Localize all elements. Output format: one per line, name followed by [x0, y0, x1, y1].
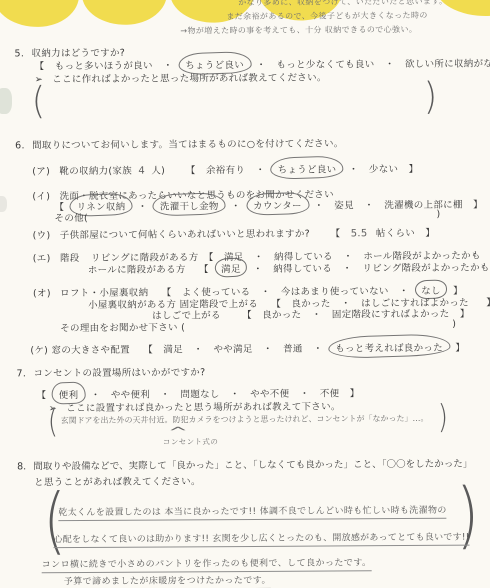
- top-note-line2: まだ余裕があるので、今後子どもが大きくなった時の: [226, 10, 428, 22]
- bracket-open: 【: [186, 165, 196, 176]
- separator-dot: ・: [312, 310, 322, 321]
- bracket-open: 【: [242, 310, 252, 321]
- separator-dot: ・: [385, 59, 395, 70]
- separator-dot: ・: [342, 263, 352, 274]
- bracket-close: 】: [455, 343, 465, 354]
- q7-option-1-circled: 便利: [57, 387, 81, 401]
- q7-title-text: コンセントの設置場所はいかがですか?: [33, 367, 205, 379]
- q8-answer-line1-handwritten: 乾太くんを設置したのは 本当に良かったです!! 体調不良でしんどい時も忙しい時も…: [58, 503, 446, 521]
- q6a-label: (ア): [32, 166, 50, 177]
- q6e-r2-option-3: リビング階段がよかったかも: [362, 263, 489, 275]
- q6i-option-4: 姿見: [334, 200, 354, 211]
- q6-title-text: 間取りについてお伺いします。当てはまるものに○を付けてください。: [32, 138, 344, 151]
- bracket-open: 【: [331, 228, 341, 239]
- q6ke-pre: 窓の大きさや配置: [51, 345, 129, 356]
- bracket-close: 】: [486, 297, 490, 308]
- bracket-open: 【: [37, 390, 47, 401]
- q6i-option-5: 洗濯機の上部に棚: [384, 200, 462, 211]
- q8-title-line1: 8. 間取りや設備などで、実際して「良かった」こと、「しなくても良かった」こと、…: [17, 456, 472, 473]
- q6o-sub2-option-1: 良かった: [262, 310, 301, 321]
- q6o-sub2-option-2: 固定階段にすればよかった: [332, 309, 450, 321]
- q7-title: 7. コンセントの設置場所はいかがですか?: [16, 364, 205, 379]
- questionnaire-page: かなり多めに、収納をつけて、いただいたと思います。 まだ余裕があるので、今後子ど…: [0, 0, 490, 588]
- q7-prompt-text: ここに設置すれば良かったと思う場所があれば教えて下さい。: [66, 401, 340, 414]
- separator-dot: ・: [364, 200, 374, 211]
- q8-answer-line4-handwritten: 予算で諦めましたが床暖房をつけたかったです。: [64, 573, 271, 588]
- separator-dot: ・: [313, 344, 323, 355]
- q6i-other: その他(: [54, 210, 88, 224]
- q6ke-option-3: 普通: [283, 344, 303, 355]
- q7-answer-note-handwritten: コンセント式の: [163, 436, 218, 447]
- q6i-options: 【 リネン収納 ・ 洗濯干し金物 ・ カウンター ・ 姿見 ・ 洗濯機の上部に棚…: [54, 197, 482, 214]
- q6a-row: (ア) 靴の収納力(家族 4 人) 【 余裕有り ・ ちょうど良い ・ 少ない …: [32, 161, 418, 177]
- q5-answer-paren-open: (: [32, 83, 45, 120]
- q8-number: 8.: [17, 461, 26, 472]
- q6a-option-1: 余裕有り: [206, 165, 245, 176]
- bracket-close: 】: [350, 388, 360, 399]
- q6o-reason: その理由をお聞かせ下さい (: [60, 319, 185, 334]
- q6e-row2: ホールに階段がある方 【 満足 ・ 納得している ・ リビング階段がよかったかも…: [88, 259, 490, 276]
- separator-dot: ・: [314, 201, 324, 212]
- q6u-unit: 帖くらい: [376, 228, 415, 239]
- q6u-label: (ウ): [33, 230, 51, 241]
- q6ke-label: (ケ): [30, 345, 48, 356]
- q7-number: 7.: [16, 368, 26, 379]
- bracket-close: 】: [473, 200, 483, 211]
- q5-number: 5.: [14, 48, 24, 59]
- q7-answer-paren-close: ): [438, 402, 448, 435]
- bracket-close: 】: [460, 309, 470, 320]
- bracket-close: 】: [409, 164, 419, 175]
- q6e-r2-option-1-circled: 満足: [219, 261, 243, 275]
- q5-answer-paren-close: ): [424, 78, 437, 115]
- q6e-lead: 階段: [60, 253, 80, 264]
- q6ke-row: (ケ) 窓の大きさや配置 【 満足 ・ やや満足 ・ 普通 ・ もっと考えれば良…: [30, 340, 465, 357]
- q6ke-option-2: やや満足: [213, 344, 252, 355]
- bracket-open: 【: [143, 345, 153, 356]
- q6i-other-close: ): [436, 209, 440, 220]
- q6u-row: (ウ) 子供部屋について何帖くらいあればいいと思われますか? 【 5.5 帖くら…: [33, 225, 436, 241]
- q6i-option-3-circled: カウンター: [251, 198, 304, 212]
- q6-number: 6.: [15, 140, 25, 151]
- top-note-line1: かなり多めに、収納をつけて、いただいたと思います。: [238, 0, 447, 8]
- q6e-r2-option-2: 納得している: [273, 263, 332, 274]
- separator-dot: ・: [255, 165, 265, 176]
- q6ke-option-4-circled: もっと考えれば良かった: [333, 340, 445, 355]
- q6-title: 6. 間取りについてお伺いします。当てはまるものに○を付けてください。: [15, 135, 344, 151]
- q6u-answer-handwritten: 5.5: [351, 228, 368, 239]
- q6a-option-2-circled: ちょうど良い: [276, 161, 339, 175]
- separator-dot: ・: [263, 344, 273, 355]
- q8-title-text1: 間取りや設備などで、実際して「良かった」こと、「しなくても良かった」こと、「〇〇…: [33, 459, 472, 473]
- separator-dot: ・: [193, 344, 203, 355]
- top-note-line3: →物が増えた時の事を考えても、十分 収納できるので心強い。: [180, 24, 417, 36]
- q6e-label: (エ): [33, 253, 51, 264]
- q6i-option-2-circled: 洗濯干し金物: [158, 198, 221, 212]
- q6o-sub2: はしごで上がる 【 良かった ・ 固定階段にすればよかった 】: [152, 306, 470, 322]
- separator-dot: ・: [253, 264, 263, 275]
- q6e-row2-pre: ホールに階段がある方: [88, 264, 186, 276]
- q6a-family-count-handwritten: 4: [138, 166, 145, 177]
- q5-prompt-text: ここに作ればよかったと思った場所があれば教えてください。: [52, 72, 326, 85]
- separator-dot: ・: [349, 164, 359, 175]
- q6ke-option-1: 満足: [163, 344, 183, 355]
- q8-answer-line2-handwritten: 心配をしなくて良いのは助かります!! 玄関を少し広くとったのも、開放感があってと…: [53, 530, 469, 549]
- q8-answer-line3-handwritten: コンロ横に続きで小さめのパントリを作ったのも便利で、して良かったです。: [42, 555, 372, 573]
- bracket-open: 【: [199, 264, 209, 275]
- q6u-lead: 子供部屋について何帖くらいあればいいと思われますか?: [60, 229, 310, 242]
- q6o-label: (オ): [33, 288, 51, 299]
- separator-dot: ・: [231, 201, 241, 212]
- q7-answer-handwritten: 玄関ドアを出た外の天井付近。防犯カメラをつけようと思ったけれど、コンセントが「な…: [61, 413, 429, 426]
- q6o-reason-close: ): [452, 319, 456, 330]
- q6a-text2: 人): [151, 165, 165, 176]
- q5-prompt: ➢ ここに作ればよかったと思った場所があれば教えてください。: [35, 69, 327, 85]
- separator-dot: ・: [138, 202, 148, 213]
- q6i-label: (イ): [32, 191, 50, 202]
- q6a-text: 靴の収納力(家族: [59, 166, 132, 177]
- q5-option-4: 欲しい所に収納がない: [405, 58, 490, 70]
- q6a-option-3: 少ない: [369, 164, 398, 175]
- bracket-close: 】: [425, 228, 435, 239]
- q7-answer-paren-open: (: [48, 406, 58, 439]
- q7-prompt: ➢ ここに設置すれば良かったと思う場所があれば教えて下さい。: [49, 398, 341, 414]
